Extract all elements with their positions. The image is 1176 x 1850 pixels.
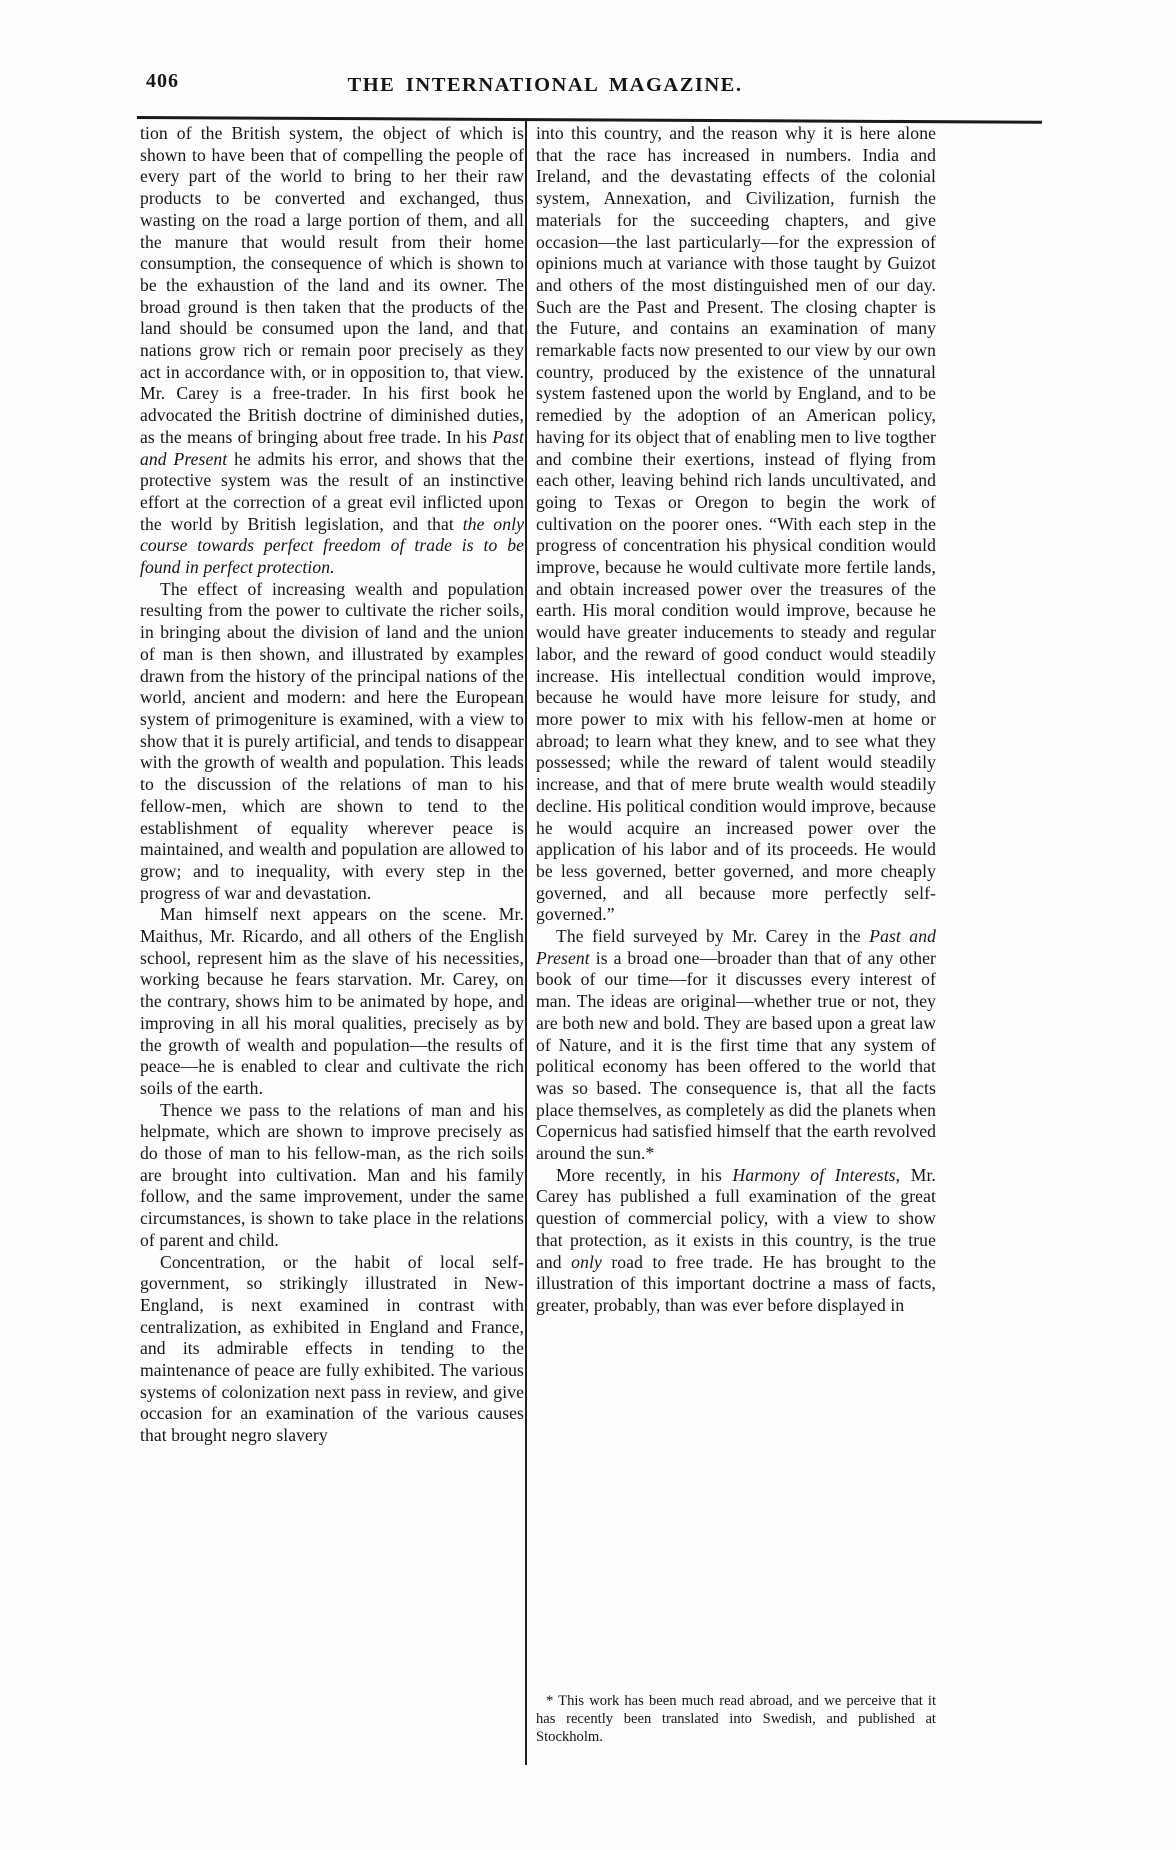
footnote: * This work has been much read abroad, a… [536,1692,936,1746]
text-segment: is a broad one—broader than that of any … [536,948,936,1163]
column-divider [525,120,527,1765]
paragraph: Concentration, or the habit of local sel… [140,1252,524,1447]
text-segment: into this country, and the reason why it… [536,123,936,924]
text-segment: Thence we pass to the relations of man a… [140,1100,524,1250]
paragraph: into this country, and the reason why it… [536,123,936,926]
right-column-text: into this country, and the reason why it… [536,123,936,1683]
scanned-magazine-page: 406 THE INTERNATIONAL MAGAZINE. tion of … [0,0,1176,1850]
paragraph: Man himself next appears on the scene. M… [140,904,524,1099]
text-segment: The field surveyed by Mr. Carey in the [556,926,869,946]
italic-text-segment: only [571,1252,602,1272]
italic-text-segment: Harmony of Interests [733,1165,896,1185]
left-column-text: tion of the British system, the object o… [140,123,524,1723]
text-segment: tion of the British system, the object o… [140,123,524,447]
paragraph: The field surveyed by Mr. Carey in the P… [536,926,936,1165]
paragraph: Thence we pass to the relations of man a… [140,1100,524,1252]
text-segment: Man himself next appears on the scene. M… [140,904,524,1098]
paragraph: tion of the British system, the object o… [140,123,524,579]
text-segment: More recently, in his [556,1165,733,1185]
page-title: THE INTERNATIONAL MAGAZINE. [140,74,950,97]
paragraph: More recently, in his Harmony of Interes… [536,1165,936,1317]
paragraph: The effect of increasing wealth and popu… [140,579,524,905]
text-segment: The effect of increasing wealth and popu… [140,579,524,903]
text-segment: Concentration, or the habit of local sel… [140,1252,524,1446]
